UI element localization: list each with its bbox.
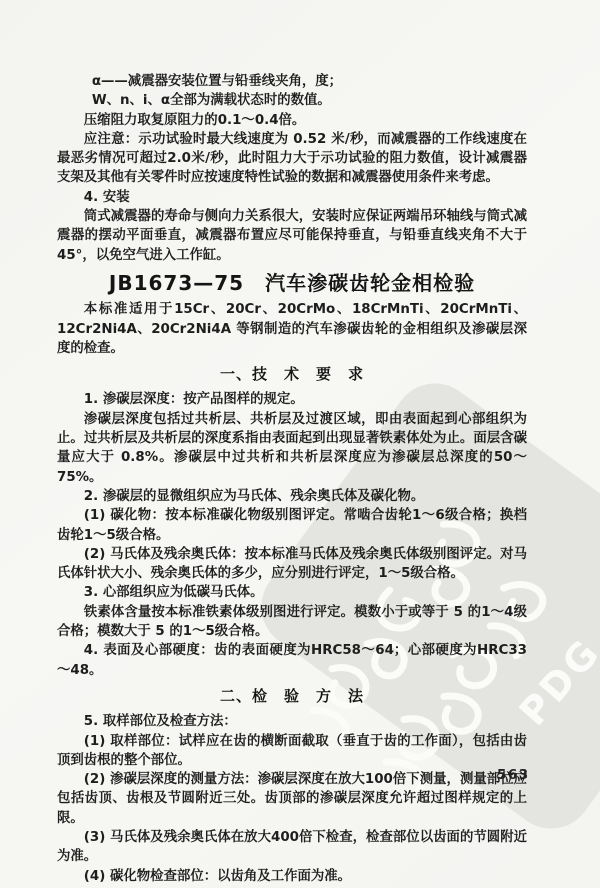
method-item-5-sub2: (2) 渗碳层深度的测量方法：渗碳层深度在放大100倍下测量，测量部位应包括齿顶… [57, 770, 527, 828]
paragraph-scope: 本标准适用于15Cr、20Cr、20CrMo、18CrMnTi、20CrMnTi… [57, 300, 527, 358]
section-heading-inspection-methods: 二、检 验 方 法 [57, 687, 527, 706]
tech-item-2: 2. 渗碳层的显微组织应为马氏体、残余奥氏体及碳化物。 [57, 487, 527, 506]
definition-line-variables: W、n、i、α全部为满载状态时的数值。 [57, 91, 527, 110]
paragraph-test-speed-note: 应注意：示功试验时最大线速度为 0.52 米/秒，而减震器的工作线速度在最恶劣情… [57, 130, 527, 188]
definition-line-alpha: α——减震器安装位置与铅垂线夹角，度； [57, 72, 527, 91]
scanned-document-page: PDG α——减震器安装位置与铅垂线夹角，度； W、n、i、α全部为满载状态时的… [0, 0, 600, 888]
tech-item-2-sub2: (2) 马氏体及残余奥氏体：按本标准马氏体及残余奥氏体级别图评定。对马氏体针状大… [57, 545, 527, 584]
section-heading-technical-requirements: 一、技 术 要 求 [57, 365, 527, 384]
paragraph-installation-heading: 4. 安装 [57, 188, 527, 207]
method-item-5-sub3: (3) 马氏体及残余奥氏体在放大400倍下检查，检查部位以齿面的节圆附近为准。 [57, 828, 527, 867]
tech-item-1-detail: 渗碳层深度包括过共析层、共析层及过渡区域，即由表面起到心部组织为止。过共析层及共… [57, 410, 527, 487]
document-text-column: α——减震器安装位置与铅垂线夹角，度； W、n、i、α全部为满载状态时的数值。 … [57, 72, 527, 886]
paragraph-installation-body: 筒式减震器的寿命与侧向力关系很大，安装时应保证两端吊环轴线与筒式减震器的摆动平面… [57, 207, 527, 265]
method-item-5-sub4: (4) 碳化物检查部位：以齿角及工作面为准。 [57, 867, 527, 886]
tech-item-2-sub1: (1) 碳化物：按本标准碳化物级别图评定。常啮合齿轮1～6级合格；换档齿轮1～5… [57, 506, 527, 545]
paragraph-compression-resistance: 压缩阻力取复原阻力的0.1～0.4倍。 [57, 111, 527, 130]
tech-item-3: 3. 心部组织应为低碳马氏体。 [57, 583, 527, 602]
tech-item-1: 1. 渗碳层深度：按产品图样的规定。 [57, 390, 527, 409]
method-item-5-sub1: (1) 取样部位：试样应在齿的横断面截取（垂直于齿的工作面），包括由齿顶到齿根的… [57, 732, 527, 771]
tech-item-3-detail: 铁素体含量按本标准铁素体级别图进行评定。模数小于或等于 5 的1～4级合格；模数… [57, 603, 527, 642]
tech-item-4: 4. 表面及心部硬度：齿的表面硬度为HRC58～64；心部硬度为HRC33～48… [57, 641, 527, 680]
method-item-5: 5. 取样部位及检查方法： [57, 712, 527, 731]
standard-title: JB1673—75 汽车渗碳齿轮金相检验 [57, 274, 527, 293]
page-number: 563 [497, 767, 530, 783]
